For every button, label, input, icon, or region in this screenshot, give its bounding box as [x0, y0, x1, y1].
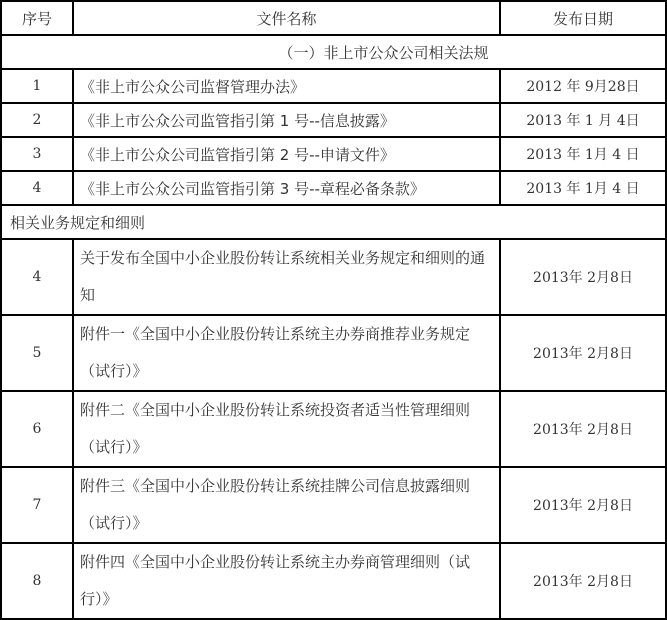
row-date: 2013 年 1月 4 日 [500, 137, 666, 171]
row-name: 《非上市公众公司监管指引第 3 号--章程必备条款》 [73, 171, 500, 205]
row-num: 2 [1, 103, 73, 137]
row-name: 附件三《全国中小企业股份转让系统挂牌公司信息披露细则（试行）》 [73, 467, 500, 543]
table-row: 1 《非上市公众公司监督管理办法》 2012 年 9月28日 [1, 69, 666, 103]
row-num: 5 [1, 315, 73, 391]
row-date: 2013年 2月8日 [500, 239, 666, 315]
section-title: 相关业务规定和细则 [1, 205, 666, 239]
row-name: 附件二《全国中小企业股份转让系统投资者适当性管理细则（试行）》 [73, 391, 500, 467]
table-row: 6 附件二《全国中小企业股份转让系统投资者适当性管理细则（试行）》 2013年 … [1, 391, 666, 467]
section-row: （一）非上市公众公司相关法规 [1, 35, 666, 69]
row-num: 6 [1, 391, 73, 467]
table-row: 5 附件一《全国中小企业股份转让系统主办券商推荐业务规定（试行）》 2013年 … [1, 315, 666, 391]
header-row: 序号 文件名称 发布日期 [1, 1, 666, 35]
row-num: 3 [1, 137, 73, 171]
row-date: 2013年 2月8日 [500, 467, 666, 543]
table-row: 4 关于发布全国中小企业股份转让系统相关业务规定和细则的通知 2013年 2月8… [1, 239, 666, 315]
row-name: 关于发布全国中小企业股份转让系统相关业务规定和细则的通知 [73, 239, 500, 315]
row-name: 附件一《全国中小企业股份转让系统主办券商推荐业务规定（试行）》 [73, 315, 500, 391]
row-date: 2013 年 1 月 4日 [500, 103, 666, 137]
row-date: 2012 年 9月28日 [500, 69, 666, 103]
row-date: 2013年 2月8日 [500, 315, 666, 391]
row-date: 2013年 2月8日 [500, 543, 666, 614]
row-name: 《非上市公众公司监管指引第 1 号--信息披露》 [73, 103, 500, 137]
row-num: 8 [1, 543, 73, 614]
row-name: 《非上市公众公司监管指引第 2 号--申请文件》 [73, 137, 500, 171]
section-row: 相关业务规定和细则 [1, 205, 666, 239]
row-num: 7 [1, 467, 73, 543]
table-row: 8 附件四《全国中小企业股份转让系统主办券商管理细则（试行）》 2013年 2月… [1, 543, 666, 614]
table-row: 3 《非上市公众公司监管指引第 2 号--申请文件》 2013 年 1月 4 日 [1, 137, 666, 171]
row-date: 2013年 2月8日 [500, 391, 666, 467]
table-row: 4 《非上市公众公司监管指引第 3 号--章程必备条款》 2013 年 1月 4… [1, 171, 666, 205]
regulations-table: 序号 文件名称 发布日期 （一）非上市公众公司相关法规 1 《非上市公众公司监督… [0, 0, 667, 614]
row-num: 4 [1, 239, 73, 315]
row-name: 附件四《全国中小企业股份转让系统主办券商管理细则（试行）》 [73, 543, 500, 614]
section-title: （一）非上市公众公司相关法规 [1, 35, 666, 69]
header-date: 发布日期 [500, 1, 666, 35]
row-name: 《非上市公众公司监督管理办法》 [73, 69, 500, 103]
row-num: 4 [1, 171, 73, 205]
table-row: 2 《非上市公众公司监管指引第 1 号--信息披露》 2013 年 1 月 4日 [1, 103, 666, 137]
header-num: 序号 [1, 1, 73, 35]
row-date: 2013 年 1月 4 日 [500, 171, 666, 205]
table-row: 7 附件三《全国中小企业股份转让系统挂牌公司信息披露细则（试行）》 2013年 … [1, 467, 666, 543]
header-name: 文件名称 [73, 1, 500, 35]
row-num: 1 [1, 69, 73, 103]
